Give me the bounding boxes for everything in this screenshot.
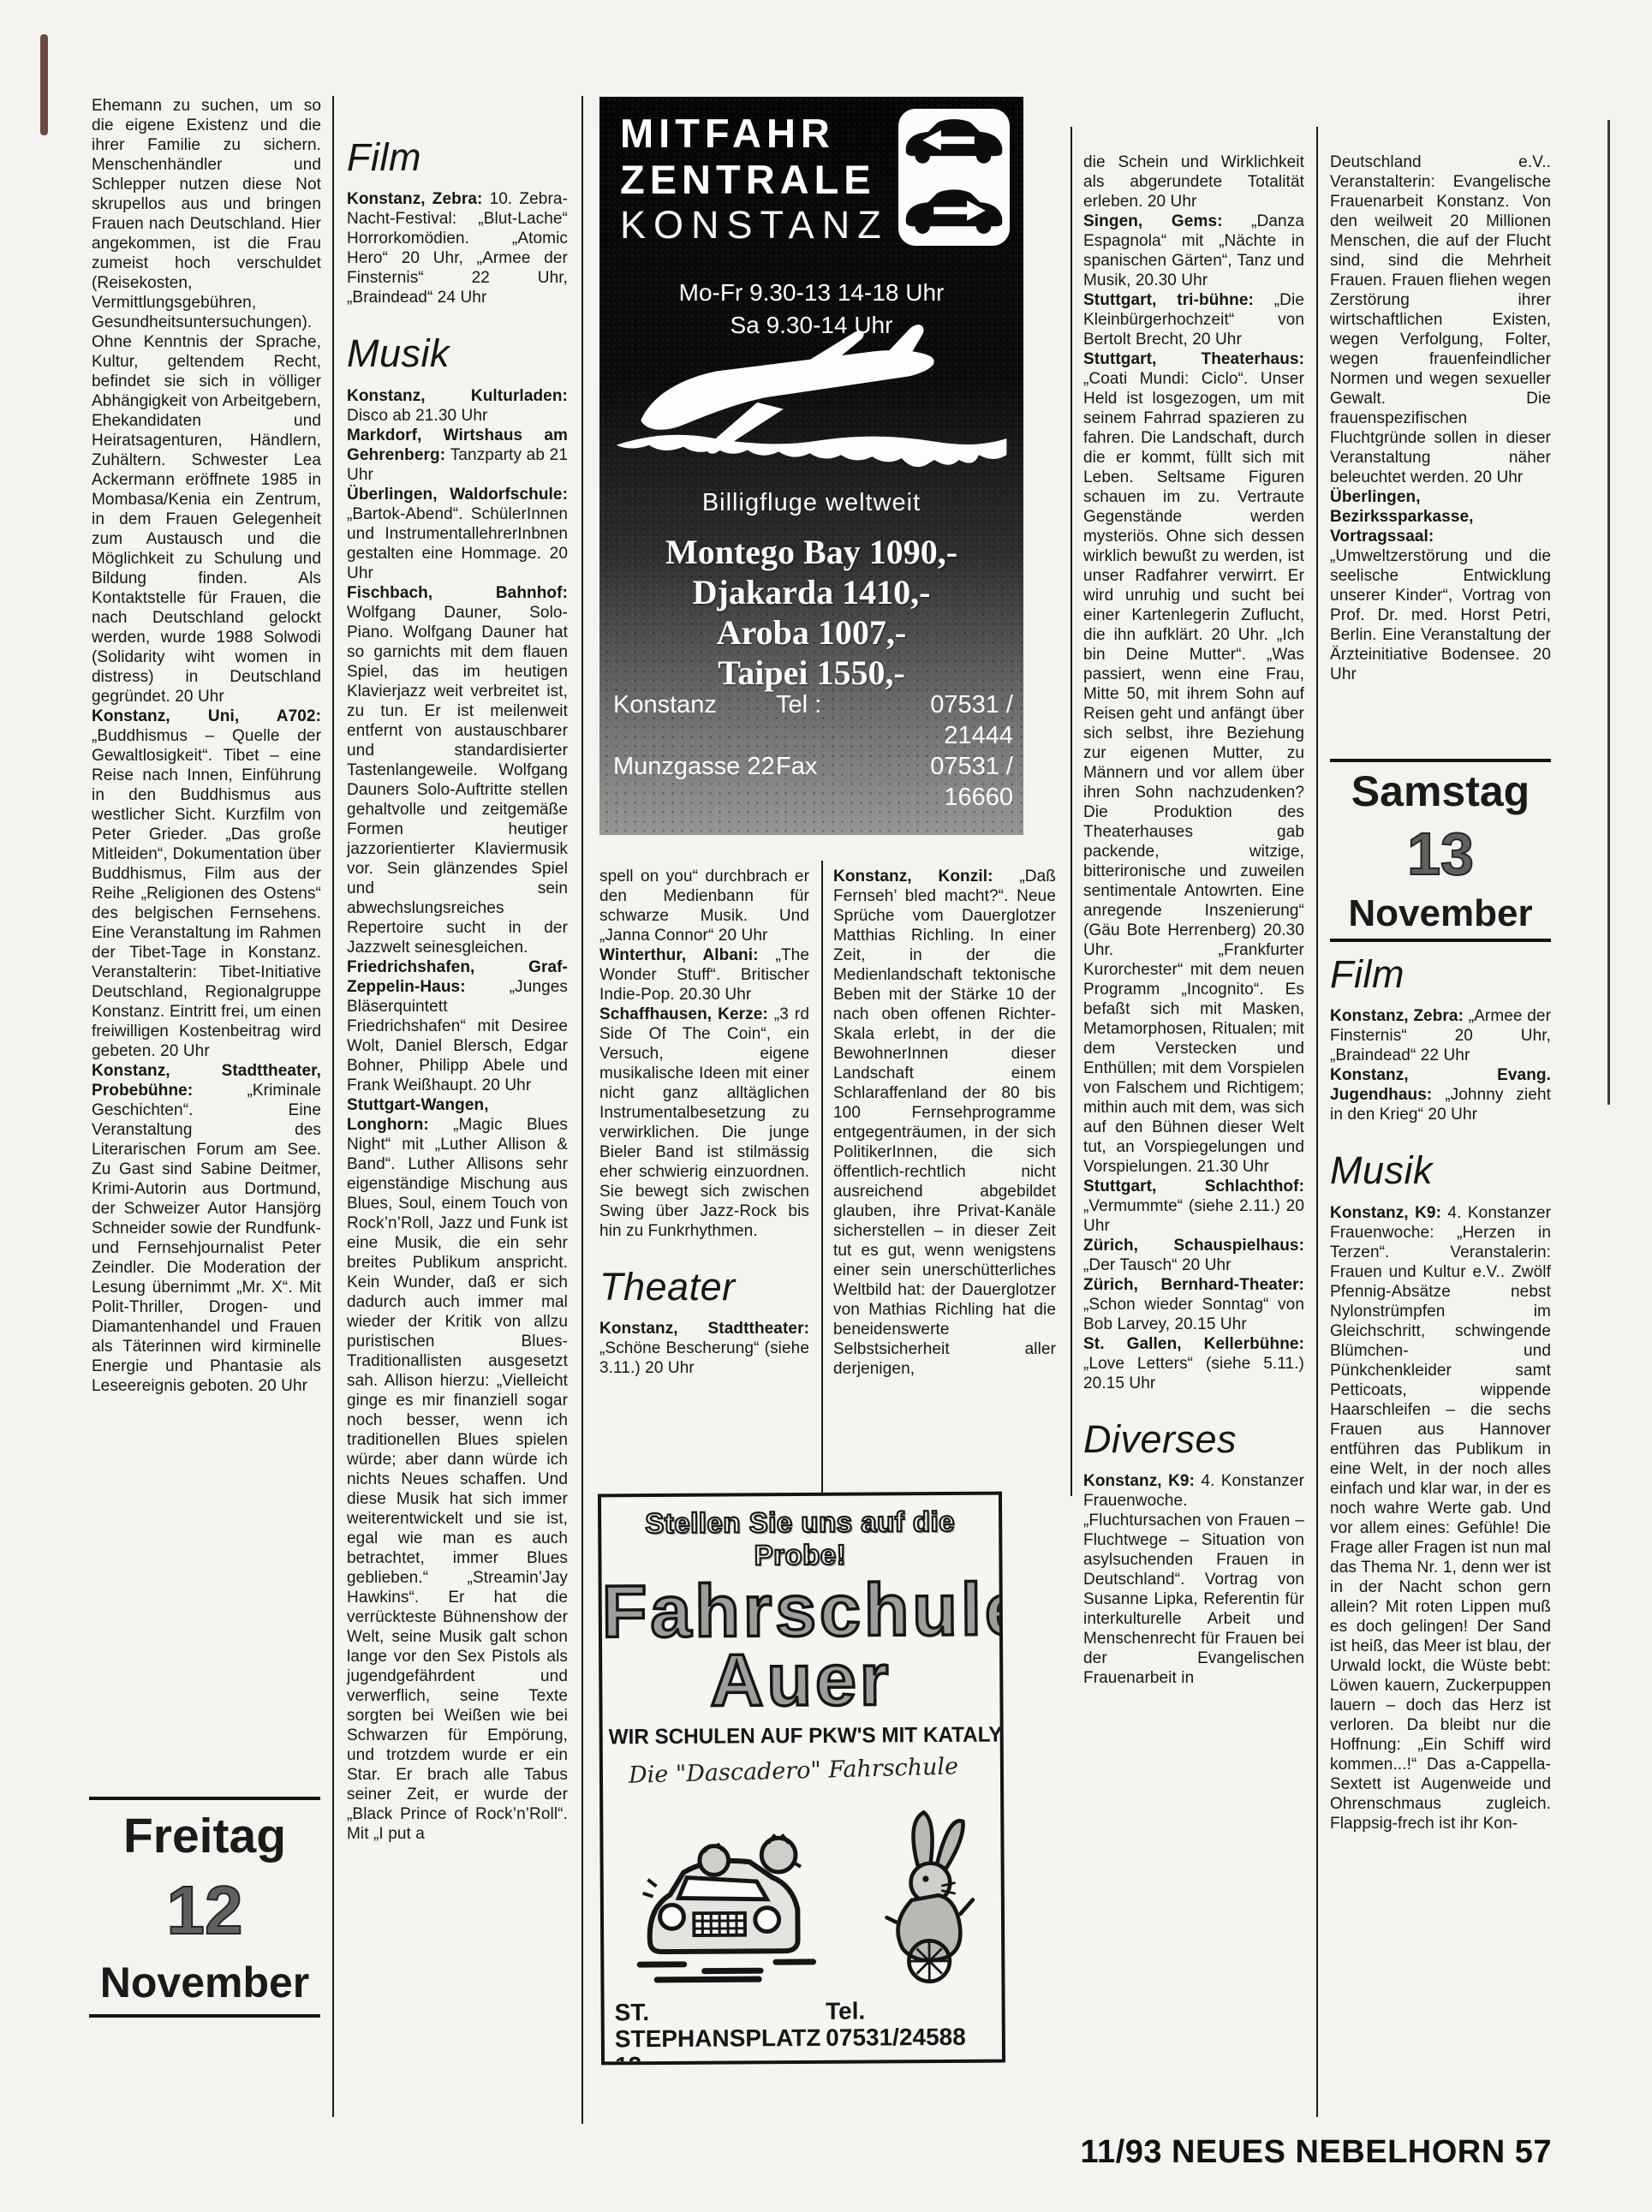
column-divider [332,96,334,2117]
event-listing: Ohne Kenntnis der Sprache, Kultur, gelte… [92,332,321,707]
event-listing: Fischbach, Bahnhof: Wolfgang Dauner, Sol… [347,583,568,957]
mitfahrzentrale-ad: MITFAHR ZENTRALE KONSTANZ Mo-Fr 9.30-13 … [599,97,1023,835]
ad-title-line3: KONSTANZ [620,203,915,247]
date-rule [89,2014,320,2018]
event-listing: spell on you“ durchbrach er den Medienba… [599,867,809,945]
weekday-label: Freitag [123,1808,286,1864]
date-separator-saturday: Samstag 13 November [1330,759,1551,942]
car-cartoon-icon [622,1810,844,2000]
ad-title: MITFAHR ZENTRALE KONSTANZ [599,97,915,247]
page-footer: 11/93 NEUES NEBELHORN 57 [1028,2134,1552,2171]
ad-brand-line2: Auer [602,1646,999,1715]
price-line: Aroba 1007,- [599,612,1023,653]
ad-title-line2: ZENTRALE [620,157,915,203]
event-listing: Konstanz, Uni, A702: „Buddhismus – Quell… [92,707,321,1061]
event-listing: St. Gallen, Kellerbühne: „Love Letters“ … [1083,1334,1304,1393]
section-heading: Theater [599,1267,809,1307]
phone-label: Tel : [776,689,870,751]
airplane-icon [608,324,1014,475]
phone-number-1: Tel. 07531/24588 [826,1997,992,2066]
date-rule [1330,939,1551,942]
ad-address-street: Munzgasse 22 [613,751,776,813]
ad-tagline: Billigfluge weltweit [599,489,1023,517]
ad-contact: ST. STEPHANSPLATZ 12 Tel. 07531/24588 RA… [605,1997,1003,2066]
column-divider [1071,127,1072,1496]
car-arrow-right-icon [906,189,1002,234]
event-listing: Konstanz, Evang. Jugendhaus: „Johnny zie… [1330,1065,1551,1124]
day-number: 13 [1407,820,1474,888]
month-label: November [100,1958,310,2007]
newspaper-page: { "meta": { "footer": "11/93 NEUES NEBEL… [0,0,1652,2212]
event-listing: Konstanz, K9: 4. Konstanzer Frauenwoche.… [1083,1471,1304,1688]
car-icons-box [898,109,1010,246]
event-listing: Winterthur, Albani: „The Wonder Stuff“. … [599,945,809,1005]
column-4: Konstanz, Konzil: „Daß Fernseh’ bled mac… [833,867,1056,1379]
column-6-lower: FilmKonstanz, Zebra: „Armee der Finstern… [1330,952,1551,1833]
scan-smudge [40,34,48,135]
fax-number: 07531 / 16660 [870,751,1013,813]
column-divider [1316,127,1318,2117]
column-5: die Schein und Wirklichkeit als abgerund… [1083,152,1304,1688]
ad-hours-weekdays: Mo-Fr 9.30-13 14-18 Uhr [599,277,1023,309]
event-listing: Konstanz, Kulturladen: Disco ab 21.30 Uh… [347,386,568,426]
price-line: Djakarda 1410,- [599,572,1023,612]
event-listing: die Schein und Wirklichkeit als abgerund… [1083,152,1304,212]
event-listing: Konstanz, Zebra: „Armee der Finsternis“ … [1330,1006,1551,1065]
event-listing: Stuttgart, tri-bühne: „Die Kleinbürgerho… [1083,290,1304,349]
ad-slogan-catalyst: WIR SCHULEN AUF PKW'S MIT KATALYSATOR [609,1723,994,1750]
ad-cartoon [603,1783,1002,2000]
page-edge-rule [1607,120,1610,1105]
event-listing: Schaffhausen, Kerze: „3 rd Side Of The C… [599,1005,809,1241]
event-listing: Friedrichshafen, Graf-Zeppelin-Haus: „Ju… [347,957,568,1095]
ad-contact: Konstanz Tel : 07531 / 21444 Munzgasse 2… [613,689,1013,813]
ad-title-line1: MITFAHR [620,110,915,157]
column-6-upper: Deutschland e.V.. Veranstalterin: Evange… [1330,152,1551,684]
column-divider [821,861,823,1496]
price-line: Montego Bay 1090,- [599,532,1023,572]
car-arrow-left-icon [906,119,1002,164]
event-listing: Singen, Gems: „Danza Espagnola“ mit „Näc… [1083,212,1304,290]
event-listing: Stuttgart, Schlachthof: „Vermummte“ (sie… [1083,1177,1304,1236]
section-heading: Musik [1330,1150,1551,1190]
column-3: spell on you“ durchbrach er den Medienba… [599,867,809,1378]
month-label: November [1348,892,1532,935]
phone-number: 07531 / 21444 [870,689,1013,751]
event-listing: Ehemann zu suchen, um so die eigene Exis… [92,96,321,332]
day-number: 12 [167,1871,243,1950]
date-rule [1330,759,1551,762]
section-heading: Diverses [1083,1419,1304,1459]
fax-label: Fax [776,751,870,813]
column-divider [581,96,583,2124]
event-listing: Überlingen, Waldorfschule: „Bartok-Abend… [347,485,568,583]
event-listing: Stuttgart-Wangen, Longhorn: „Magic Blues… [347,1095,568,1844]
event-listing: Stuttgart, Theaterhaus: „Coati Mundi: Ci… [1083,349,1304,1177]
section-heading: Musik [347,333,568,373]
event-listing: Deutschland e.V.. Veranstalterin: Evange… [1330,152,1551,487]
car-arrow-icons [898,109,1010,246]
ad-address-city: Konstanz [613,689,776,751]
event-listing: Zürich, Schauspielhaus: „Der Tausch“ 20 … [1083,1236,1304,1275]
event-listing: Konstanz, Stadttheater, Probebühne: „Kri… [92,1061,321,1396]
date-separator-friday: Freitag 12 November [89,1797,320,2018]
ad-slogan-top: Stellen Sie uns auf die Probe! [601,1505,999,1573]
event-listing: Konstanz, Zebra: 10. Zebra-Nacht-Festiva… [347,189,568,307]
section-heading: Film [1330,954,1551,994]
column-2: FilmKonstanz, Zebra: 10. Zebra-Nacht-Fes… [347,135,568,1844]
event-listing: Zürich, Bernhard-Theater: „Schon wieder … [1083,1275,1304,1334]
ad-address-1: ST. STEPHANSPLATZ 12 [615,1998,826,2066]
section-heading: Film [347,137,568,177]
event-listing: Konstanz, K9: 4. Konstanzer Frauenwoche:… [1330,1203,1551,1833]
column-1: Ehemann zu suchen, um so die eigene Exis… [92,96,321,1396]
event-listing: Markdorf, Wirtshaus am Gehrenberg: Tanzp… [347,426,568,485]
event-listing: Konstanz, Konzil: „Daß Fernseh’ bled mac… [833,867,1056,1379]
fahrschule-auer-ad: Stellen Sie uns auf die Probe! Fahrschul… [598,1492,1005,2066]
rabbit-cartoon-icon [872,1796,982,1998]
event-listing: Überlingen, Bezirkssparkasse, Vortragssa… [1330,487,1551,684]
price-line: Taipei 1550,- [599,653,1023,693]
event-listing: Konstanz, Stadttheater: „Schöne Bescheru… [599,1319,809,1378]
ad-price-list: Montego Bay 1090,- Djakarda 1410,- Aroba… [599,532,1023,693]
ad-brand-line1: Fahrschule [602,1574,1000,1649]
date-rule [89,1797,320,1800]
weekday-label: Samstag [1351,766,1530,816]
